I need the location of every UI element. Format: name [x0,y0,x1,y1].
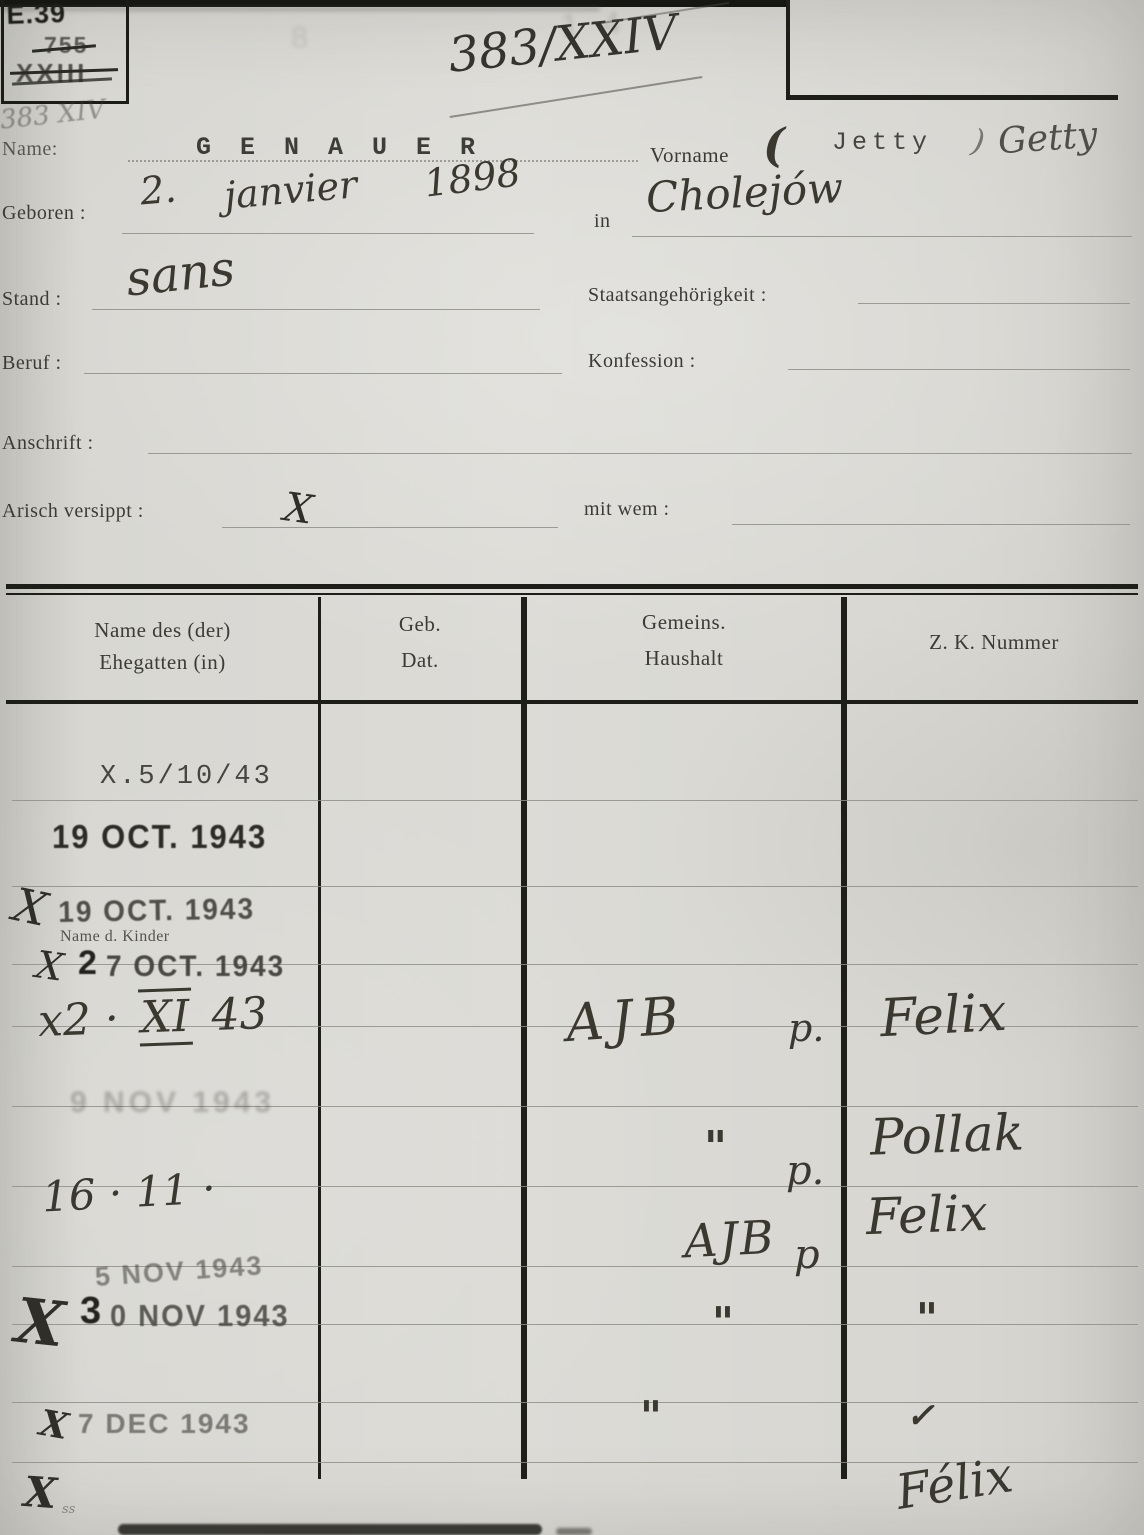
hand-date-year: 43 [211,988,269,1041]
mit-wem-label: mit wem : [584,498,670,521]
ruled-line [12,886,1138,887]
zk-tick: ✓ [906,1396,935,1436]
vorname-paren-open: ( [763,118,785,172]
zk-ditto: " [916,1294,938,1343]
corner-box-stamp: E.39 [6,0,67,31]
geboren-label: Geboren : [2,202,86,225]
zk-entry-bottom: Félix [892,1447,1016,1521]
col2-header-line1: Geb. [322,612,518,637]
haushalt-ditto: " [712,1298,734,1347]
name-label: Name: [2,138,58,161]
name-fill-line [128,160,638,162]
haushalt-entry-p: p. [788,1006,824,1050]
beruf-fill-line [84,373,562,374]
cross-mark: X [37,1402,72,1448]
geboren-month: janvier [222,162,359,217]
date-stamp: 7 OCT. 1943 [106,950,285,984]
registration-card-scan: E.39 755 XXIII 383 XIV 8 14 383/XXIV Nam… [0,0,1144,1535]
zk-entry: Pollak [869,1103,1025,1166]
faint-stamp: 8 [290,21,311,56]
arisch-versippt-label: Arisch versippt : [2,500,144,523]
scan-smudge-bottom [556,1528,592,1535]
kinder-label: Name d. Kinder [60,928,170,946]
hand-date-prefix: x2 · [37,993,120,1047]
haushalt-ditto: " [704,1122,727,1173]
table-top-rule-thin [6,593,1138,595]
typed-date-entry: X.5/10/43 [100,762,273,792]
staatsangehoerigkeit-fill-line [858,303,1130,304]
hand-date-entry: x2 · XI 43 [37,988,268,1047]
col3-header-line2: Haushalt [530,646,838,671]
date-stamp: 19 OCT. 1943 [58,893,255,930]
photo-box-bottom-border [786,95,1118,100]
col1-header-line1: Name des (der) [10,618,315,643]
vorname-handwritten: Getty [997,115,1099,163]
scan-smudge-bottom [118,1524,542,1535]
hand-cross-bottom: X [22,1467,58,1518]
hand-date-entry: 16 · 11 · [41,1163,217,1221]
vorname-typed-value: Jetty [832,128,932,157]
col2-header-line2: Dat. [322,648,518,673]
haushalt-entry-p: p. [786,1148,824,1194]
haushalt-entry-org: AJB [683,1210,777,1269]
vorname-label: Vorname [650,143,729,168]
date-stamp: 19 OCT. 1943 [52,818,267,857]
in-label: in [594,210,611,233]
zk-entry: Felix [865,1184,989,1246]
table-divider-1 [318,597,321,1479]
staatsangehoerigkeit-label: Staatsangehörigkeit : [588,284,767,307]
cross-mark-large: X [12,1284,67,1362]
konfession-fill-line [788,369,1130,370]
konfession-label: Konfession : [588,350,696,373]
date-stamp-bold-digit: 2 [78,944,99,983]
birthplace-fill-line [632,236,1132,237]
vorname-paren-close: ) [969,121,988,161]
table-divider-2 [521,597,527,1479]
haushalt-ditto: " [640,1392,662,1441]
hand-date-roman-numeral: XI [138,988,193,1047]
arisch-fill-line [222,527,558,528]
geboren-fill-line [122,233,534,234]
geboren-day: 2. [138,167,178,214]
ruled-line [12,1402,1138,1403]
stand-value: sans [123,240,237,307]
date-stamp: 5 NOV 1943 [94,1250,264,1293]
birthplace-value: Cholejów [645,163,844,222]
photo-box-left-border [786,0,790,100]
faded-date-stamp: 9 NOV 1943 [70,1086,275,1120]
col3-header-line1: Gemeins. [530,610,838,635]
ruled-line [12,800,1138,801]
col4-header: Z. K. Nummer [850,630,1138,655]
name-value: G E N A U E R [196,133,482,162]
date-stamp: 7 DEC 1943 [78,1408,251,1440]
stand-fill-line [92,309,540,310]
zk-entry: Felix [879,983,1009,1050]
col1-header-line2: Ehegatten (in) [10,650,315,675]
table-divider-3 [841,597,847,1479]
haushalt-entry-org: AJB [564,986,689,1054]
haushalt-entry-p: p [794,1232,820,1278]
anschrift-label: Anschrift : [2,432,94,455]
mit-wem-fill-line [732,524,1130,525]
stand-label: Stand : [2,288,62,311]
hand-cross-bottom-small: ss [62,1502,75,1517]
beruf-label: Beruf : [2,352,62,375]
cross-mark: X [33,942,66,989]
date-stamp: 0 NOV 1943 [110,1300,290,1335]
table-header-underline [6,700,1138,704]
anschrift-fill-line [148,453,1132,454]
date-stamp-bold-digit: 3 [80,1290,103,1333]
table-top-rule-thick [6,584,1138,589]
pencil-underline [449,76,702,118]
